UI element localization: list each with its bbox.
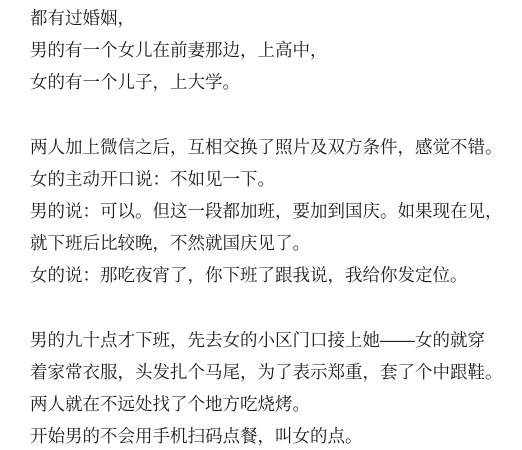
- text-line: 都有过婚姻，: [30, 2, 506, 34]
- text-line: 两人加上微信之后，互相交换了照片及双方条件，感觉不错。: [30, 131, 506, 163]
- text-line: 两人就在不远处找了个地方吃烧烤。: [30, 388, 506, 420]
- text-line: 男的九十点才下班，先去女的小区门口接上她——女的就穿: [30, 324, 506, 356]
- text-line: 女的主动开口说：不如见一下。: [30, 163, 506, 195]
- paragraph-marriage-background: 都有过婚姻， 男的有一个女儿在前妻那边，上高中， 女的有一个儿子，上大学。: [30, 2, 506, 98]
- text-line: 男的有一个女儿在前妻那边，上高中，: [30, 34, 506, 66]
- text-line: 女的说：那吃夜宵了，你下班了跟我说，我给你发定位。: [30, 259, 506, 291]
- text-line: 开始男的不会用手机扫码点餐，叫女的点。: [30, 420, 506, 450]
- text-line: 女的有一个儿子，上大学。: [30, 66, 506, 98]
- paragraph-wechat-conversation: 两人加上微信之后，互相交换了照片及双方条件，感觉不错。 女的主动开口说：不如见一…: [30, 131, 506, 291]
- paragraph-first-meeting: 男的九十点才下班，先去女的小区门口接上她——女的就穿 着家常衣服，头发扎个马尾，…: [30, 324, 506, 450]
- text-line: 男的说：可以。但这一段都加班，要加到国庆。如果现在见，: [30, 195, 506, 227]
- text-line: 着家常衣服，头发扎个马尾，为了表示郑重，套了个中跟鞋。: [30, 356, 506, 388]
- story-text-page: 都有过婚姻， 男的有一个女儿在前妻那边，上高中， 女的有一个儿子，上大学。 两人…: [0, 0, 522, 450]
- text-line: 就下班后比较晚，不然就国庆见了。: [30, 227, 506, 259]
